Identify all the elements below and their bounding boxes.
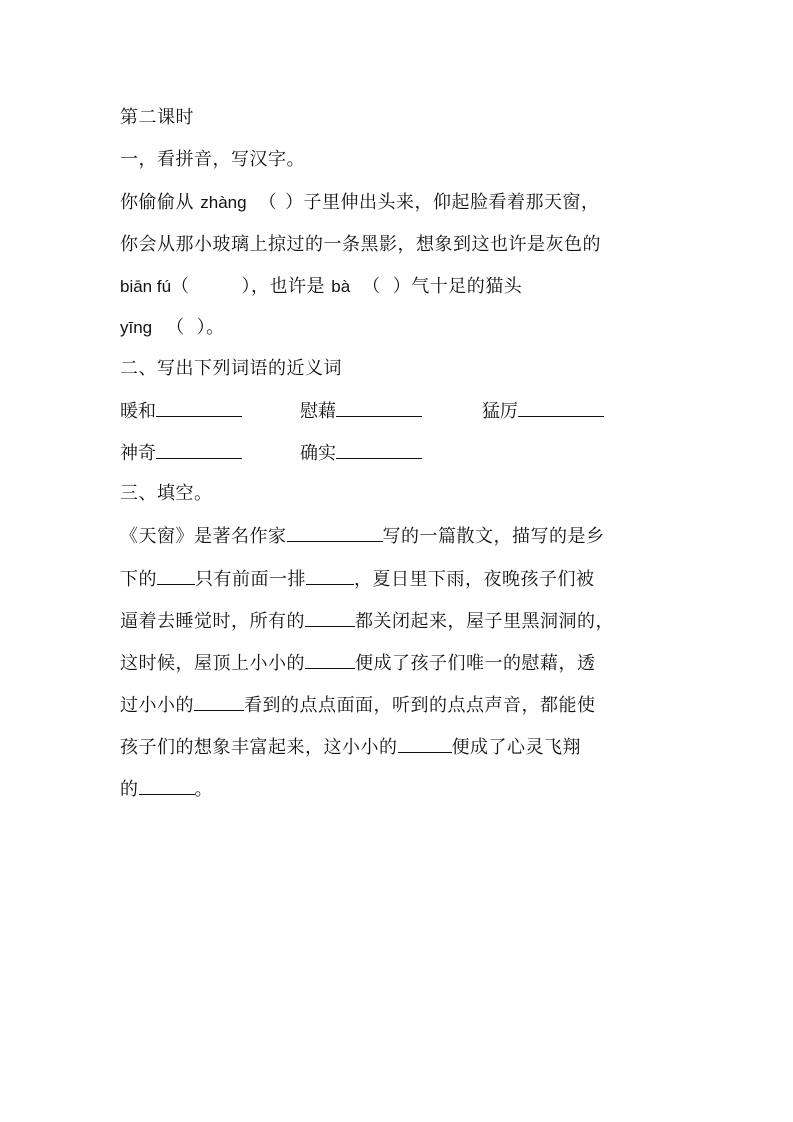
synonym-item: 慰藉 — [300, 398, 422, 424]
answer-blank[interactable] — [336, 398, 422, 417]
pinyin-zhang: zhàng — [200, 193, 246, 212]
text: 你偷偷从 — [120, 192, 200, 213]
answer-blank[interactable] — [398, 734, 452, 753]
text: 《天窗》是著名作家 — [120, 526, 287, 547]
synonym-item: 确实 — [300, 440, 422, 466]
text: ）气十足的猫头 — [393, 276, 523, 297]
text: ）子里伸出头来，仰起脸看着那天窗， — [285, 192, 600, 213]
answer-blank[interactable] — [194, 692, 244, 711]
synonym-item: 猛厉 — [482, 398, 604, 424]
fill-line-6: 孩子们的想象丰富起来，这小小的便成了心灵飞翔 — [120, 734, 581, 760]
text: 过小小的 — [120, 695, 194, 716]
word: 猛厉 — [482, 401, 518, 422]
word: 神奇 — [120, 443, 156, 464]
text: 下的 — [120, 569, 157, 590]
text: 便成了孩子们唯一的慰藉，透 — [355, 653, 596, 674]
open-paren: （ — [259, 192, 278, 213]
text: ），也许是 — [242, 276, 332, 297]
answer-blank[interactable] — [305, 608, 355, 627]
section3-heading: 三、填空。 — [120, 482, 213, 506]
synonym-item: 神奇 — [120, 440, 242, 466]
text: 逼着去睡觉时，所有的 — [120, 611, 305, 632]
text: 便成了心灵飞翔 — [452, 737, 582, 758]
answer-blank[interactable] — [518, 398, 604, 417]
answer-blank[interactable] — [305, 650, 355, 669]
answer-blank[interactable] — [156, 440, 242, 459]
text: 看到的点点面面，听到的点点声音，都能使 — [244, 695, 596, 716]
pinyin-line-2: 你会从那小玻璃上掠过的一条黑影，想象到这也许是灰色的 — [120, 233, 601, 257]
fill-line-3: 逼着去睡觉时，所有的都关闭起来，屋子里黑洞洞的， — [120, 608, 614, 634]
pinyin-line-4: yīng（）。 — [120, 316, 225, 340]
text: 都关闭起来，屋子里黑洞洞的， — [355, 611, 614, 632]
fill-line-2: 下的只有前面一排，夏日里下雨，夜晚孩子们被 — [120, 566, 595, 592]
word: 暖和 — [120, 401, 156, 422]
open-paren: （ — [171, 276, 190, 297]
fill-line-5: 过小小的看到的点点面面，听到的点点声音，都能使 — [120, 692, 596, 718]
answer-blank[interactable] — [287, 523, 383, 542]
text: 只有前面一排 — [195, 569, 306, 590]
text: 写的一篇散文，描写的是乡 — [383, 526, 605, 547]
answer-blank[interactable] — [139, 776, 195, 795]
text: 孩子们的想象丰富起来，这小小的 — [120, 737, 398, 758]
lesson-title: 第二课时 — [120, 106, 194, 130]
text: 的 — [120, 779, 139, 800]
word: 确实 — [300, 443, 336, 464]
synonym-item: 暖和 — [120, 398, 242, 424]
pinyin-line-3: biān fú（），也许是 bà（）气十足的猫头 — [120, 275, 522, 299]
answer-blank[interactable] — [156, 398, 242, 417]
answer-blank[interactable] — [306, 566, 354, 585]
text: 这时候，屋顶上小小的 — [120, 653, 305, 674]
pinyin-ba: bà — [331, 277, 350, 296]
section1-heading: 一，看拼音，写汉字。 — [120, 148, 305, 172]
fill-line-1: 《天窗》是著名作家写的一篇散文，描写的是乡 — [120, 523, 605, 549]
pinyin-line-1: 你偷偷从 zhàng（）子里伸出头来，仰起脸看着那天窗， — [120, 191, 600, 215]
section2-heading: 二、写出下列词语的近义词 — [120, 357, 342, 381]
pinyin-ying: yīng — [120, 318, 152, 337]
text: ）。 — [197, 317, 225, 338]
open-paren: （ — [166, 317, 185, 338]
word: 慰藉 — [300, 401, 336, 422]
text: 。 — [195, 779, 214, 800]
fill-line-4: 这时候，屋顶上小小的便成了孩子们唯一的慰藉，透 — [120, 650, 596, 676]
fill-line-7: 的。 — [120, 776, 213, 802]
pinyin-bianfu: biān fú — [120, 277, 171, 296]
text: ，夏日里下雨，夜晚孩子们被 — [354, 569, 595, 590]
answer-blank[interactable] — [336, 440, 422, 459]
answer-blank[interactable] — [157, 566, 195, 585]
open-paren: （ — [362, 276, 381, 297]
